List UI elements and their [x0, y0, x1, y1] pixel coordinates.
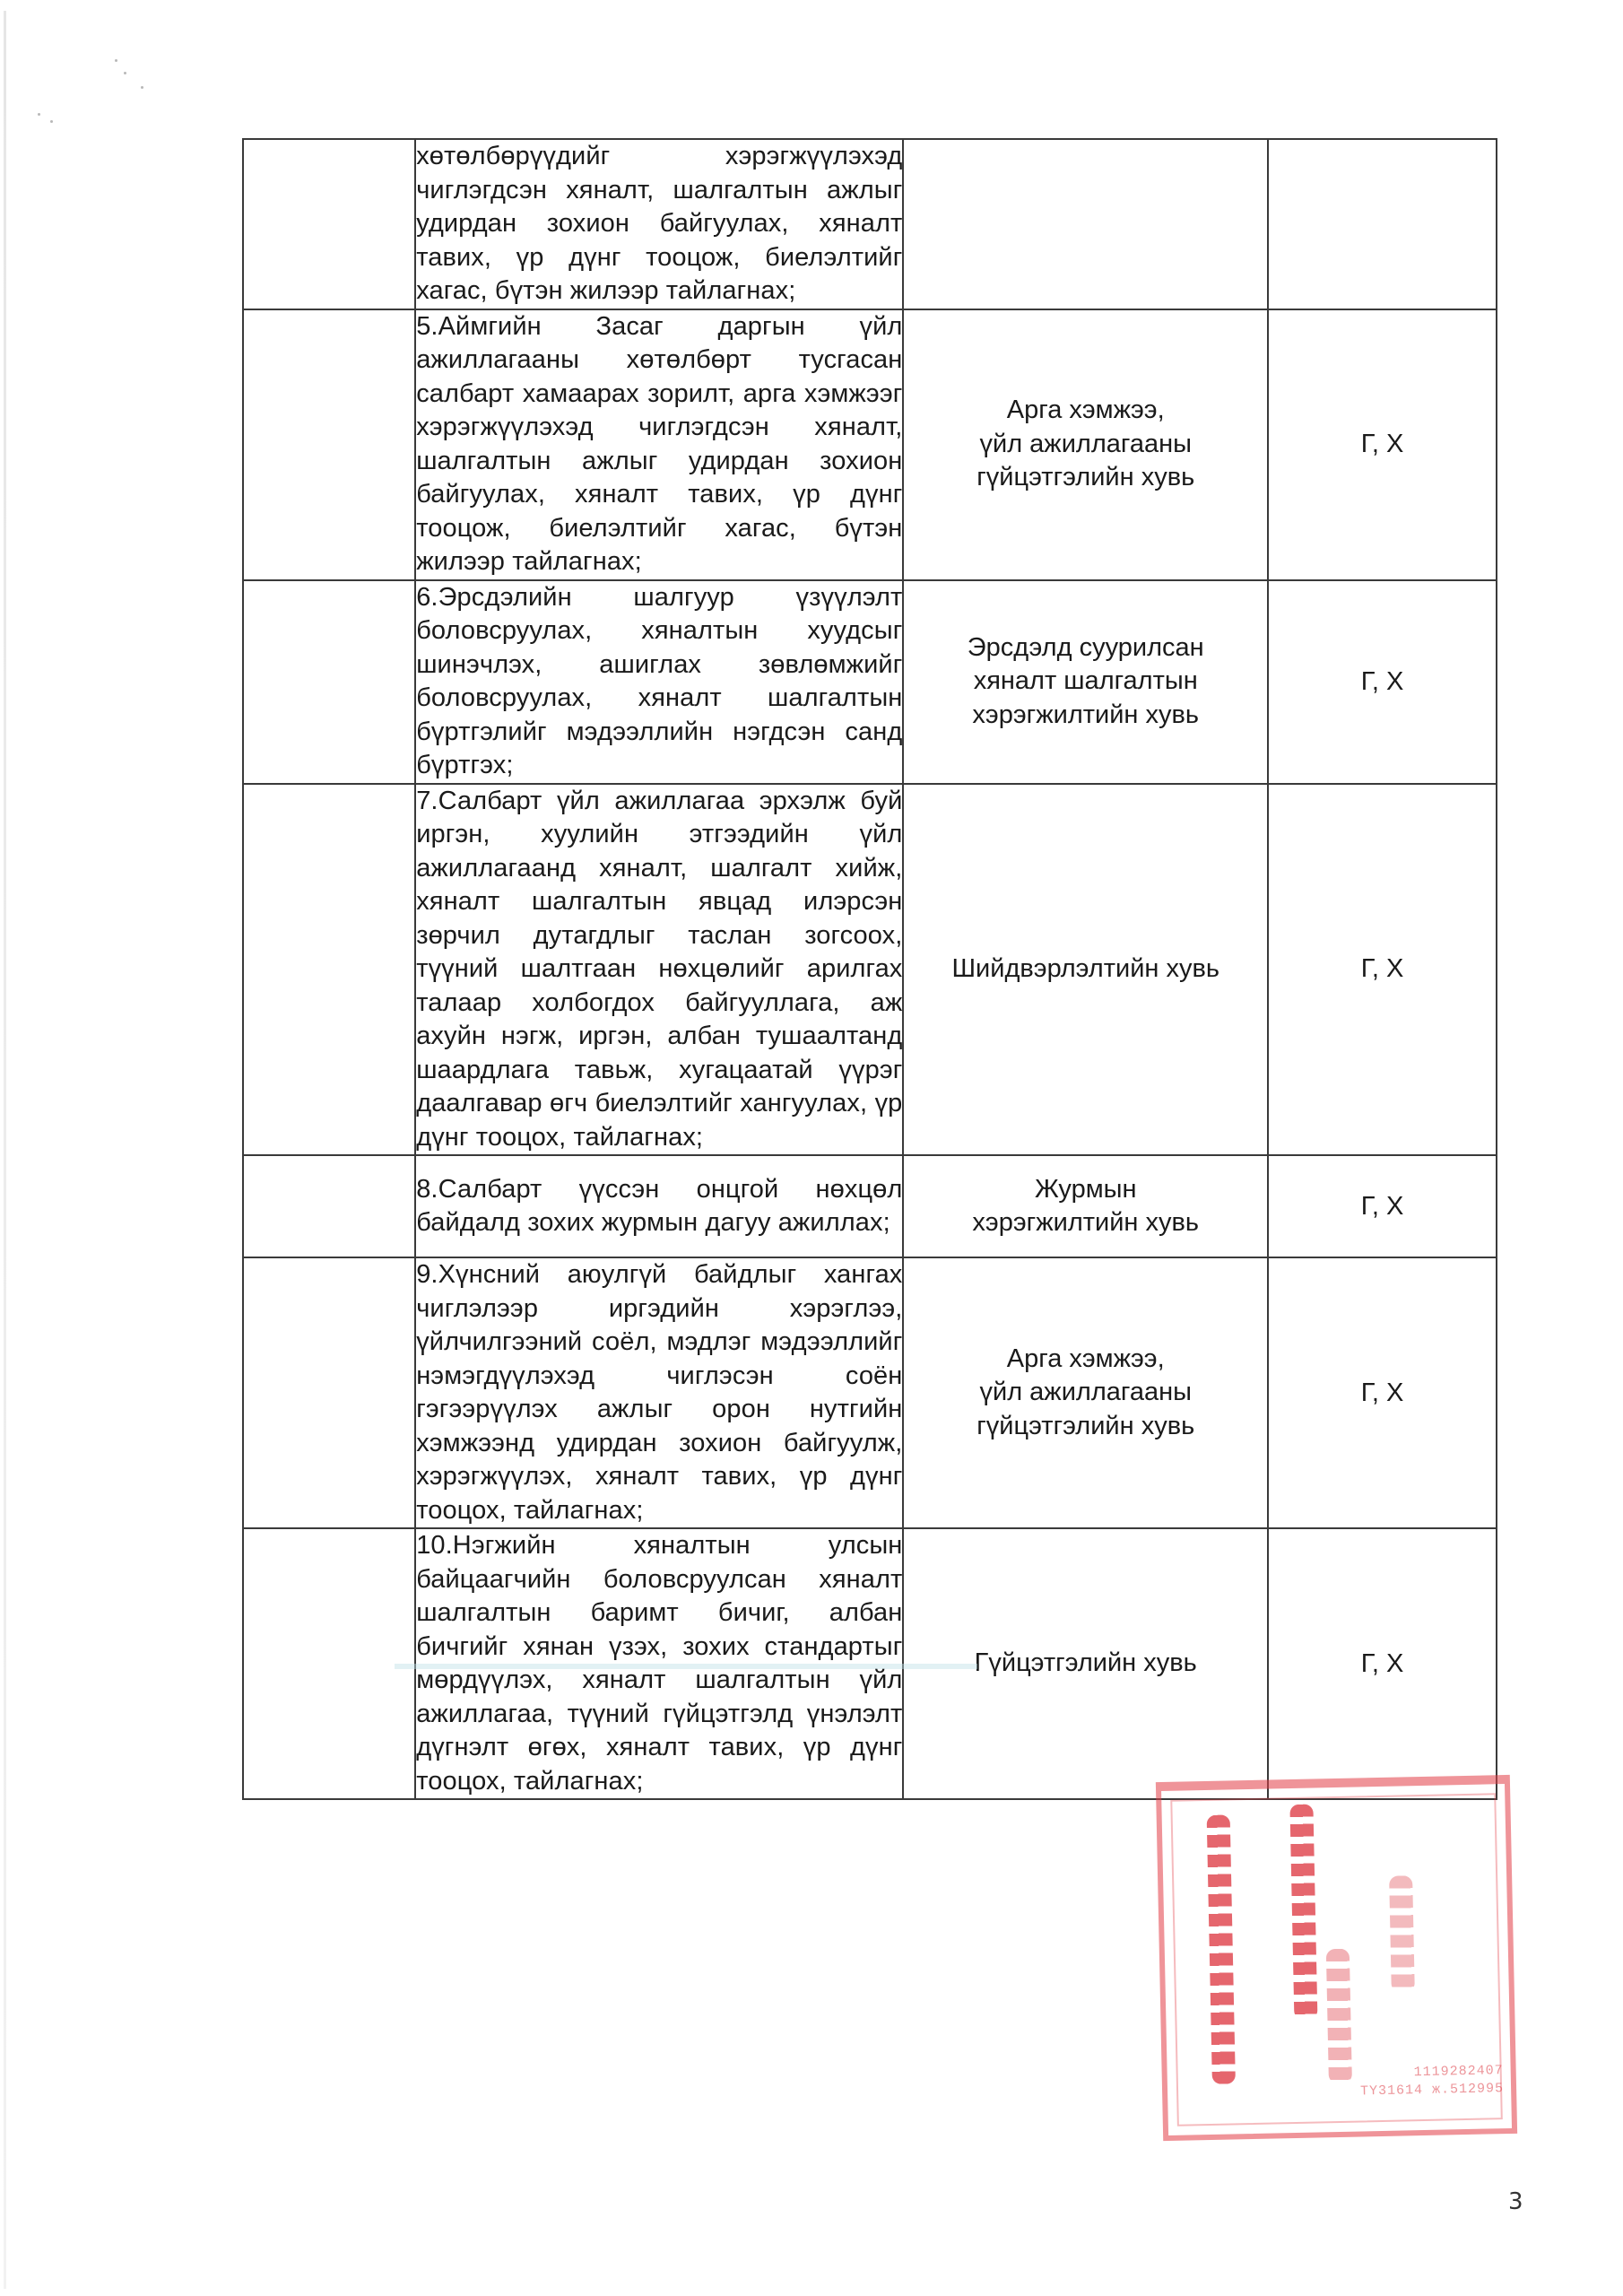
task-text: 8.Салбарт үүссэн онцгой нөхцөл байдалд з… — [416, 1173, 902, 1240]
table-row: 5.Аймгийн Засаг даргын үйл ажиллагааны х… — [243, 309, 1497, 580]
stamp-mongolian-script — [1289, 1805, 1317, 2020]
stamp-mongolian-script — [1326, 1949, 1352, 2084]
indicator-cell: Шийдвэрлэлтийн хувь — [903, 784, 1268, 1156]
task-text: 9.Хүнсний аюулгүй байдлыг хангах чиглэлэ… — [416, 1258, 902, 1527]
indicator-text: Журмын хэрэгжилтийн хувь — [904, 1173, 1267, 1240]
row-number-cell — [243, 139, 415, 309]
task-cell: 8.Салбарт үүссэн онцгой нөхцөл байдалд з… — [415, 1155, 903, 1257]
indicator-cell: Арга хэмжээ, үйл ажиллагааны гүйцэтгэлий… — [903, 1257, 1268, 1528]
rating-text: Г, Х — [1269, 954, 1496, 984]
row-number-cell — [243, 580, 415, 784]
rating-cell — [1268, 139, 1497, 309]
task-text: хөтөлбөрүүдийг хэрэгжүүлэхэд чиглэгдсэн … — [416, 140, 902, 309]
indicator-text: Арга хэмжээ, үйл ажиллагааны гүйцэтгэлий… — [904, 1343, 1267, 1444]
scan-speck — [38, 113, 40, 116]
duties-table: хөтөлбөрүүдийг хэрэгжүүлэхэд чиглэгдсэн … — [242, 138, 1497, 1800]
rating-text: Г, Х — [1269, 1378, 1496, 1408]
rating-cell: Г, Х — [1268, 1528, 1497, 1799]
rating-text: Г, Х — [1269, 430, 1496, 459]
indicator-cell: Эрсдэлд суурилсан хяналт шалгалтын хэрэг… — [903, 580, 1268, 784]
task-text: 6.Эрсдэлийн шалгуур үзүүлэлт боловсруула… — [416, 581, 902, 783]
scan-artifact — [395, 1664, 977, 1669]
indicator-cell: Журмын хэрэгжилтийн хувь — [903, 1155, 1268, 1257]
task-cell: 5.Аймгийн Засаг даргын үйл ажиллагааны х… — [415, 309, 903, 580]
rating-text: Г, Х — [1269, 667, 1496, 697]
rating-cell: Г, Х — [1268, 580, 1497, 784]
rating-cell: Г, Х — [1268, 1155, 1497, 1257]
row-number-cell — [243, 784, 415, 1156]
table-row: 7.Салбарт үйл ажиллагаа эрхэлж буй иргэн… — [243, 784, 1497, 1156]
scan-speck — [124, 72, 126, 74]
task-cell: 7.Салбарт үйл ажиллагаа эрхэлж буй иргэн… — [415, 784, 903, 1156]
task-cell: 6.Эрсдэлийн шалгуур үзүүлэлт боловсруула… — [415, 580, 903, 784]
page-number: 3 — [1508, 2188, 1523, 2215]
indicator-text: Арга хэмжээ, үйл ажиллагааны гүйцэтгэлий… — [904, 394, 1267, 495]
stamp-inner-border — [1170, 1793, 1503, 2126]
table-row: хөтөлбөрүүдийг хэрэгжүүлэхэд чиглэгдсэн … — [243, 139, 1497, 309]
rating-cell: Г, Х — [1268, 784, 1497, 1156]
task-cell: 9.Хүнсний аюулгүй байдлыг хангах чиглэлэ… — [415, 1257, 903, 1528]
scan-edge — [4, 11, 6, 2289]
rating-text: Г, Х — [1269, 1649, 1496, 1679]
stamp-mongolian-script — [1389, 1875, 1415, 1993]
scan-speck — [115, 59, 117, 62]
task-cell: хөтөлбөрүүдийг хэрэгжүүлэхэд чиглэгдсэн … — [415, 139, 903, 309]
row-number-cell — [243, 1528, 415, 1799]
indicator-cell — [903, 139, 1268, 309]
rating-cell: Г, Х — [1268, 1257, 1497, 1528]
stamp-code: ТҮ31614 ж.512995 — [1360, 2081, 1504, 2099]
scan-speck — [50, 120, 53, 123]
rating-text: Г, Х — [1269, 1192, 1496, 1222]
stamp-mongolian-script — [1207, 1814, 1236, 2083]
row-number-cell — [243, 309, 415, 580]
scan-speck — [141, 86, 143, 89]
table-row: 9.Хүнсний аюулгүй байдлыг хангах чиглэлэ… — [243, 1257, 1497, 1528]
indicator-cell: Арга хэмжээ, үйл ажиллагааны гүйцэтгэлий… — [903, 309, 1268, 580]
row-number-cell — [243, 1257, 415, 1528]
task-text: 5.Аймгийн Засаг даргын үйл ажиллагааны х… — [416, 310, 902, 579]
stamp-code: 1119282407 — [1414, 2063, 1504, 2080]
official-stamp: 1119282407 ТҮ31614 ж.512995 — [1156, 1775, 1517, 2141]
rating-cell: Г, Х — [1268, 309, 1497, 580]
row-number-cell — [243, 1155, 415, 1257]
table-row: 8.Салбарт үүссэн онцгой нөхцөл байдалд з… — [243, 1155, 1497, 1257]
task-text: 7.Салбарт үйл ажиллагаа эрхэлж буй иргэн… — [416, 785, 902, 1155]
table-row: 6.Эрсдэлийн шалгуур үзүүлэлт боловсруула… — [243, 580, 1497, 784]
indicator-text: Шийдвэрлэлтийн хувь — [904, 952, 1267, 987]
indicator-text: Эрсдэлд суурилсан хяналт шалгалтын хэрэг… — [904, 631, 1267, 733]
